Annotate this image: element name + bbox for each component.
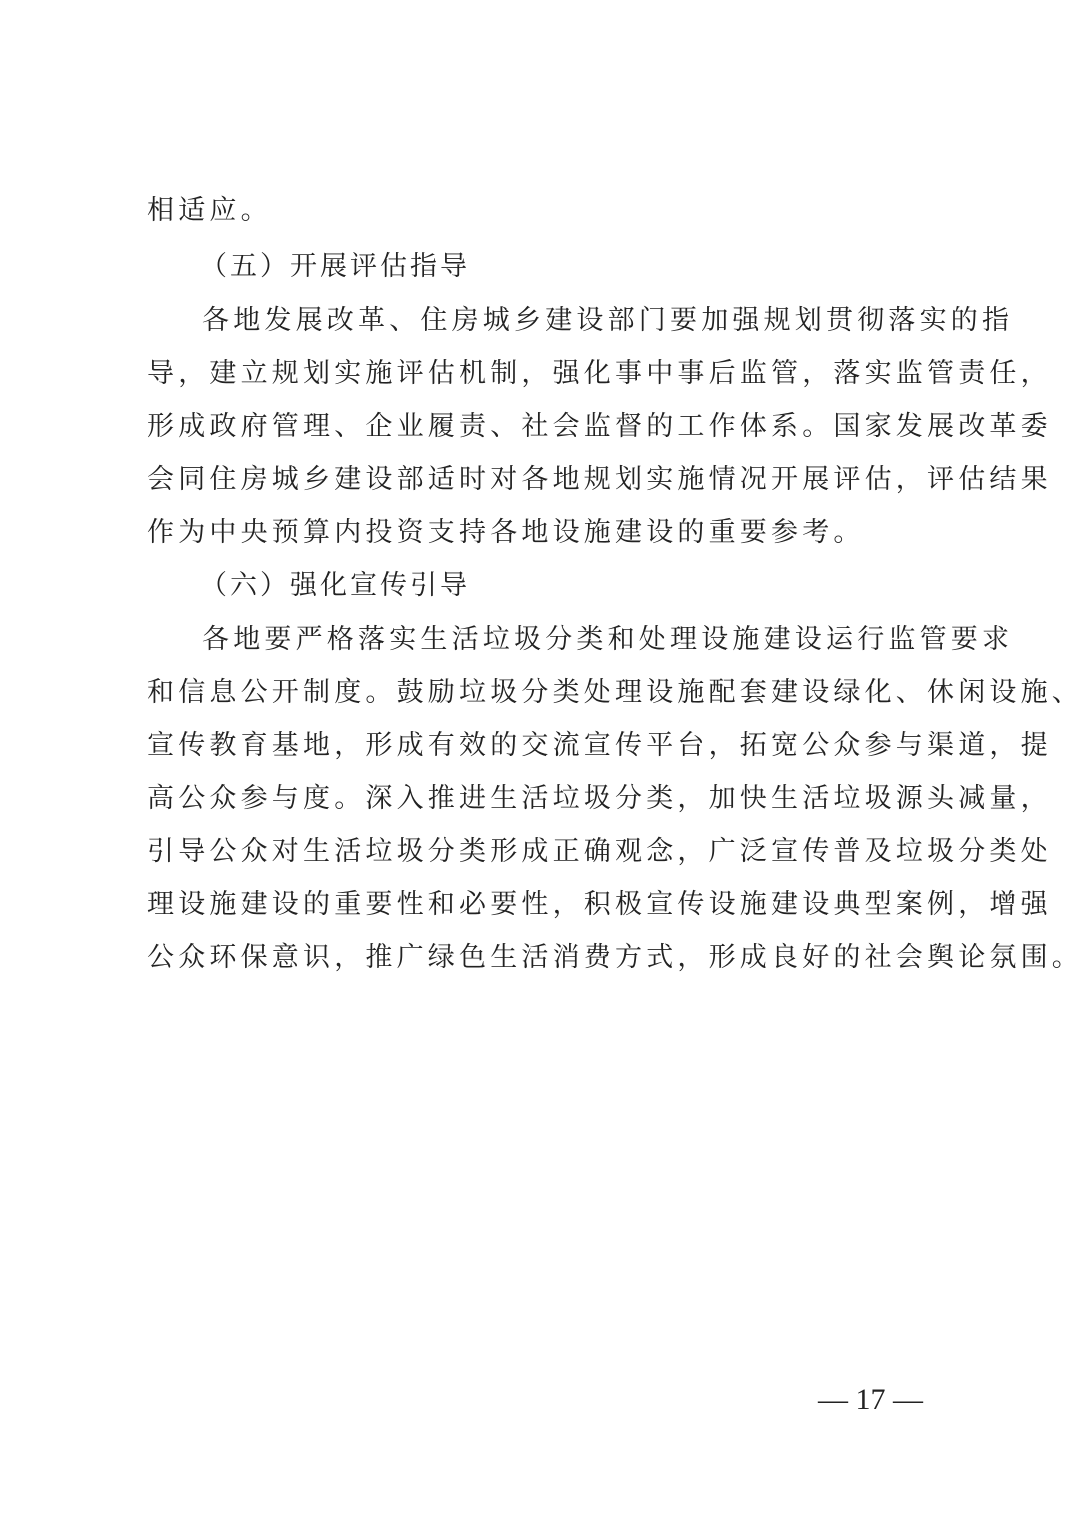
continuation-text: 相适应。	[147, 191, 937, 231]
paragraph-line: 会同住房城乡建设部适时对各地规划实施情况开展评估，评估结果	[147, 460, 937, 500]
paragraph-line: 各地要严格落实生活垃圾分类和处理设施建设运行监管要求	[202, 620, 937, 660]
paragraph-line: 形成政府管理、企业履责、社会监督的工作体系。国家发展改革委	[147, 407, 937, 447]
paragraph-line: 高公众参与度。深入推进生活垃圾分类，加快生活垃圾源头减量，	[147, 779, 937, 819]
section-heading-6: （六）强化宣传引导	[200, 566, 470, 606]
paragraph-line: 各地发展改革、住房城乡建设部门要加强规划贯彻落实的指	[202, 301, 937, 341]
paragraph-line: 导，建立规划实施评估机制，强化事中事后监管，落实监管责任，	[147, 354, 937, 394]
paragraph-line: 公众环保意识，推广绿色生活消费方式，形成良好的社会舆论氛围。	[147, 938, 937, 978]
paragraph-line: 和信息公开制度。鼓励垃圾分类处理设施配套建设绿化、休闲设施、	[147, 673, 937, 713]
paragraph-line: 宣传教育基地，形成有效的交流宣传平台，拓宽公众参与渠道，提	[147, 726, 937, 766]
page-number: — 17 —	[818, 1380, 923, 1420]
paragraph-line: 引导公众对生活垃圾分类形成正确观念，广泛宣传普及垃圾分类处	[147, 832, 937, 872]
paragraph-line: 理设施建设的重要性和必要性，积极宣传设施建设典型案例，增强	[147, 885, 937, 925]
section-heading-5: （五）开展评估指导	[200, 247, 470, 287]
paragraph-line: 作为中央预算内投资支持各地设施建设的重要参考。	[147, 513, 937, 553]
document-page: 相适应。 （五）开展评估指导 各地发展改革、住房城乡建设部门要加强规划贯彻落实的…	[0, 0, 1080, 1527]
